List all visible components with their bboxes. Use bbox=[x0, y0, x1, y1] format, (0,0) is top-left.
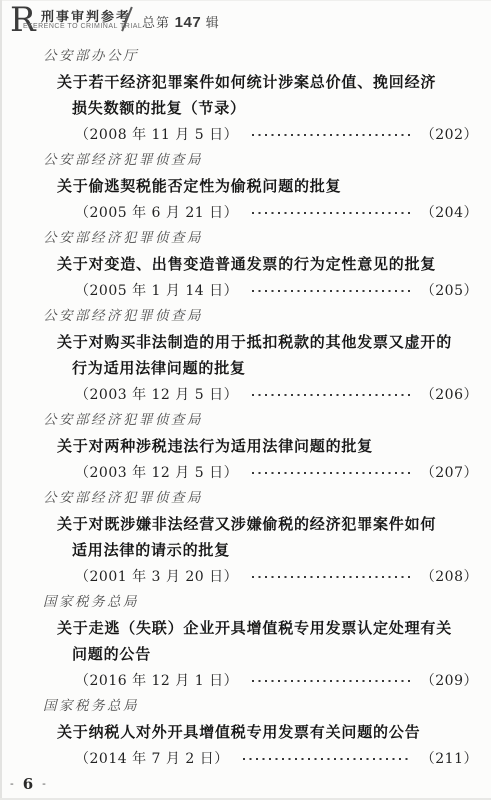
toc-entry-page: （205） bbox=[421, 280, 478, 300]
toc-entry: 国家税务总局 关于纳税人对外开具增值税专用发票有关问题的公告 （2014 年 7… bbox=[0, 693, 491, 771]
toc-entry-dateline: （2014 年 7 月 2 日） （211） bbox=[0, 745, 491, 771]
toc-entry-title-line: 关于对变造、出售变造普通发票的行为定性意见的批复 bbox=[0, 251, 491, 277]
toc-entry-page: （207） bbox=[421, 462, 478, 482]
toc-entry-page: （208） bbox=[421, 566, 478, 586]
toc-entry-page: （209） bbox=[421, 670, 478, 690]
toc-entry-dateline: （2016 年 12 月 1 日） （209） bbox=[0, 667, 491, 693]
volume-label: 总第 147 辑 bbox=[142, 12, 220, 31]
dot-leader bbox=[252, 290, 411, 292]
toc-entry-page: （204） bbox=[421, 202, 478, 222]
toc-entry-title-line: 关于偷逃契税能否定性为偷税问题的批复 bbox=[0, 173, 491, 199]
toc-entry: 国家税务总局 关于走逃（失联）企业开具增值税专用发票认定处理有关 问题的公告 （… bbox=[0, 589, 491, 693]
toc-entry-title-line: 关于若干经济犯罪案件如何统计涉案总价值、挽回经济 bbox=[0, 69, 491, 95]
toc-entry-title-line: 关于对既涉嫌非法经营又涉嫌偷税的经济犯罪案件如何 bbox=[0, 511, 491, 537]
toc-entry-page: （211） bbox=[421, 748, 478, 768]
dot-leader bbox=[252, 394, 411, 396]
dot-leader bbox=[252, 212, 411, 214]
footer-left-dash: - bbox=[10, 772, 14, 796]
toc-entry-dateline: （2003 年 12 月 5 日） （207） bbox=[0, 459, 491, 485]
toc-entry-title-line: 关于对购买非法制造的用于抵扣税款的其他发票又虚开的 bbox=[0, 329, 491, 355]
toc-entry-date: （2001 年 3 月 20 日） bbox=[75, 566, 238, 586]
toc-entry-date: （2005 年 1 月 14 日） bbox=[75, 280, 238, 300]
dot-leader bbox=[252, 680, 411, 682]
toc-entry-agency: 公安部经济犯罪侦查局 bbox=[0, 407, 491, 433]
toc-entry-title-line: 问题的公告 bbox=[0, 641, 491, 667]
toc-entry-dateline: （2005 年 6 月 21 日） （204） bbox=[0, 199, 491, 225]
dot-leader bbox=[243, 758, 411, 760]
toc-entry: 公安部经济犯罪侦查局 关于偷逃契税能否定性为偷税问题的批复 （2005 年 6 … bbox=[0, 147, 491, 225]
dot-leader bbox=[252, 134, 411, 136]
footer-right-dash: - bbox=[42, 772, 46, 796]
book-page: R 刑事审判参考 EFERENCE TO CRIMINAL TRIAL 总第 1… bbox=[0, 0, 491, 800]
toc-entry-title-line: 关于对两种涉税违法行为适用法律问题的批复 bbox=[0, 433, 491, 459]
toc-entry-title-line: 行为适用法律问题的批复 bbox=[0, 355, 491, 381]
toc-entry-dateline: （2003 年 12 月 5 日） （206） bbox=[0, 381, 491, 407]
volume-prefix: 总第 bbox=[142, 15, 170, 30]
volume-suffix: 辑 bbox=[206, 15, 220, 30]
toc-entry: 公安部经济犯罪侦查局 关于对既涉嫌非法经营又涉嫌偷税的经济犯罪案件如何 适用法律… bbox=[0, 485, 491, 589]
toc-entry-agency: 公安部经济犯罪侦查局 bbox=[0, 485, 491, 511]
toc-entry-title-line: 关于纳税人对外开具增值税专用发票有关问题的公告 bbox=[0, 719, 491, 745]
toc-entry-title-line: 适用法律的请示的批复 bbox=[0, 537, 491, 563]
toc-entry: 公安部经济犯罪侦查局 关于对购买非法制造的用于抵扣税款的其他发票又虚开的 行为适… bbox=[0, 303, 491, 407]
toc-entry: 公安部办公厅 关于若干经济犯罪案件如何统计涉案总价值、挽回经济 损失数额的批复（… bbox=[0, 43, 491, 147]
toc-entry: 公安部经济犯罪侦查局 关于对两种涉税违法行为适用法律问题的批复 （2003 年 … bbox=[0, 407, 491, 485]
toc-entry-agency: 公安部办公厅 bbox=[0, 43, 491, 69]
toc-entry-date: （2014 年 7 月 2 日） bbox=[75, 748, 229, 768]
toc-entry-date: （2008 年 11 月 5 日） bbox=[75, 124, 238, 144]
footer-page-number: 6 bbox=[23, 772, 33, 796]
toc-entry-agency: 国家税务总局 bbox=[0, 589, 491, 615]
toc-entry-dateline: （2008 年 11 月 5 日） （202） bbox=[0, 121, 491, 147]
toc-entry: 公安部经济犯罪侦查局 关于对变造、出售变造普通发票的行为定性意见的批复 （200… bbox=[0, 225, 491, 303]
page-footer: - 6 - bbox=[0, 772, 46, 796]
toc-entry-date: （2003 年 12 月 5 日） bbox=[75, 462, 238, 482]
toc-entry-date: （2016 年 12 月 1 日） bbox=[75, 670, 238, 690]
toc-entry-agency: 公安部经济犯罪侦查局 bbox=[0, 303, 491, 329]
toc-entry-dateline: （2001 年 3 月 20 日） （208） bbox=[0, 563, 491, 589]
toc-entry-page: （202） bbox=[421, 124, 478, 144]
dot-leader bbox=[252, 472, 411, 474]
page-header: R 刑事审判参考 EFERENCE TO CRIMINAL TRIAL 总第 1… bbox=[0, 0, 491, 44]
toc-entry-title-line: 关于走逃（失联）企业开具增值税专用发票认定处理有关 bbox=[0, 615, 491, 641]
toc-entry-dateline: （2005 年 1 月 14 日） （205） bbox=[0, 277, 491, 303]
toc-entry-date: （2003 年 12 月 5 日） bbox=[75, 384, 238, 404]
toc-entry-agency: 公安部经济犯罪侦查局 bbox=[0, 225, 491, 251]
toc-list: 公安部办公厅 关于若干经济犯罪案件如何统计涉案总价值、挽回经济 损失数额的批复（… bbox=[0, 43, 491, 771]
logo-initial: R bbox=[10, 3, 36, 37]
toc-entry-title-line: 损失数额的批复（节录） bbox=[0, 95, 491, 121]
toc-entry-page: （206） bbox=[421, 384, 478, 404]
toc-entry-date: （2005 年 6 月 21 日） bbox=[75, 202, 238, 222]
volume-number: 147 bbox=[175, 14, 202, 31]
dot-leader bbox=[252, 576, 411, 578]
toc-entry-agency: 国家税务总局 bbox=[0, 693, 491, 719]
toc-entry-agency: 公安部经济犯罪侦查局 bbox=[0, 147, 491, 173]
